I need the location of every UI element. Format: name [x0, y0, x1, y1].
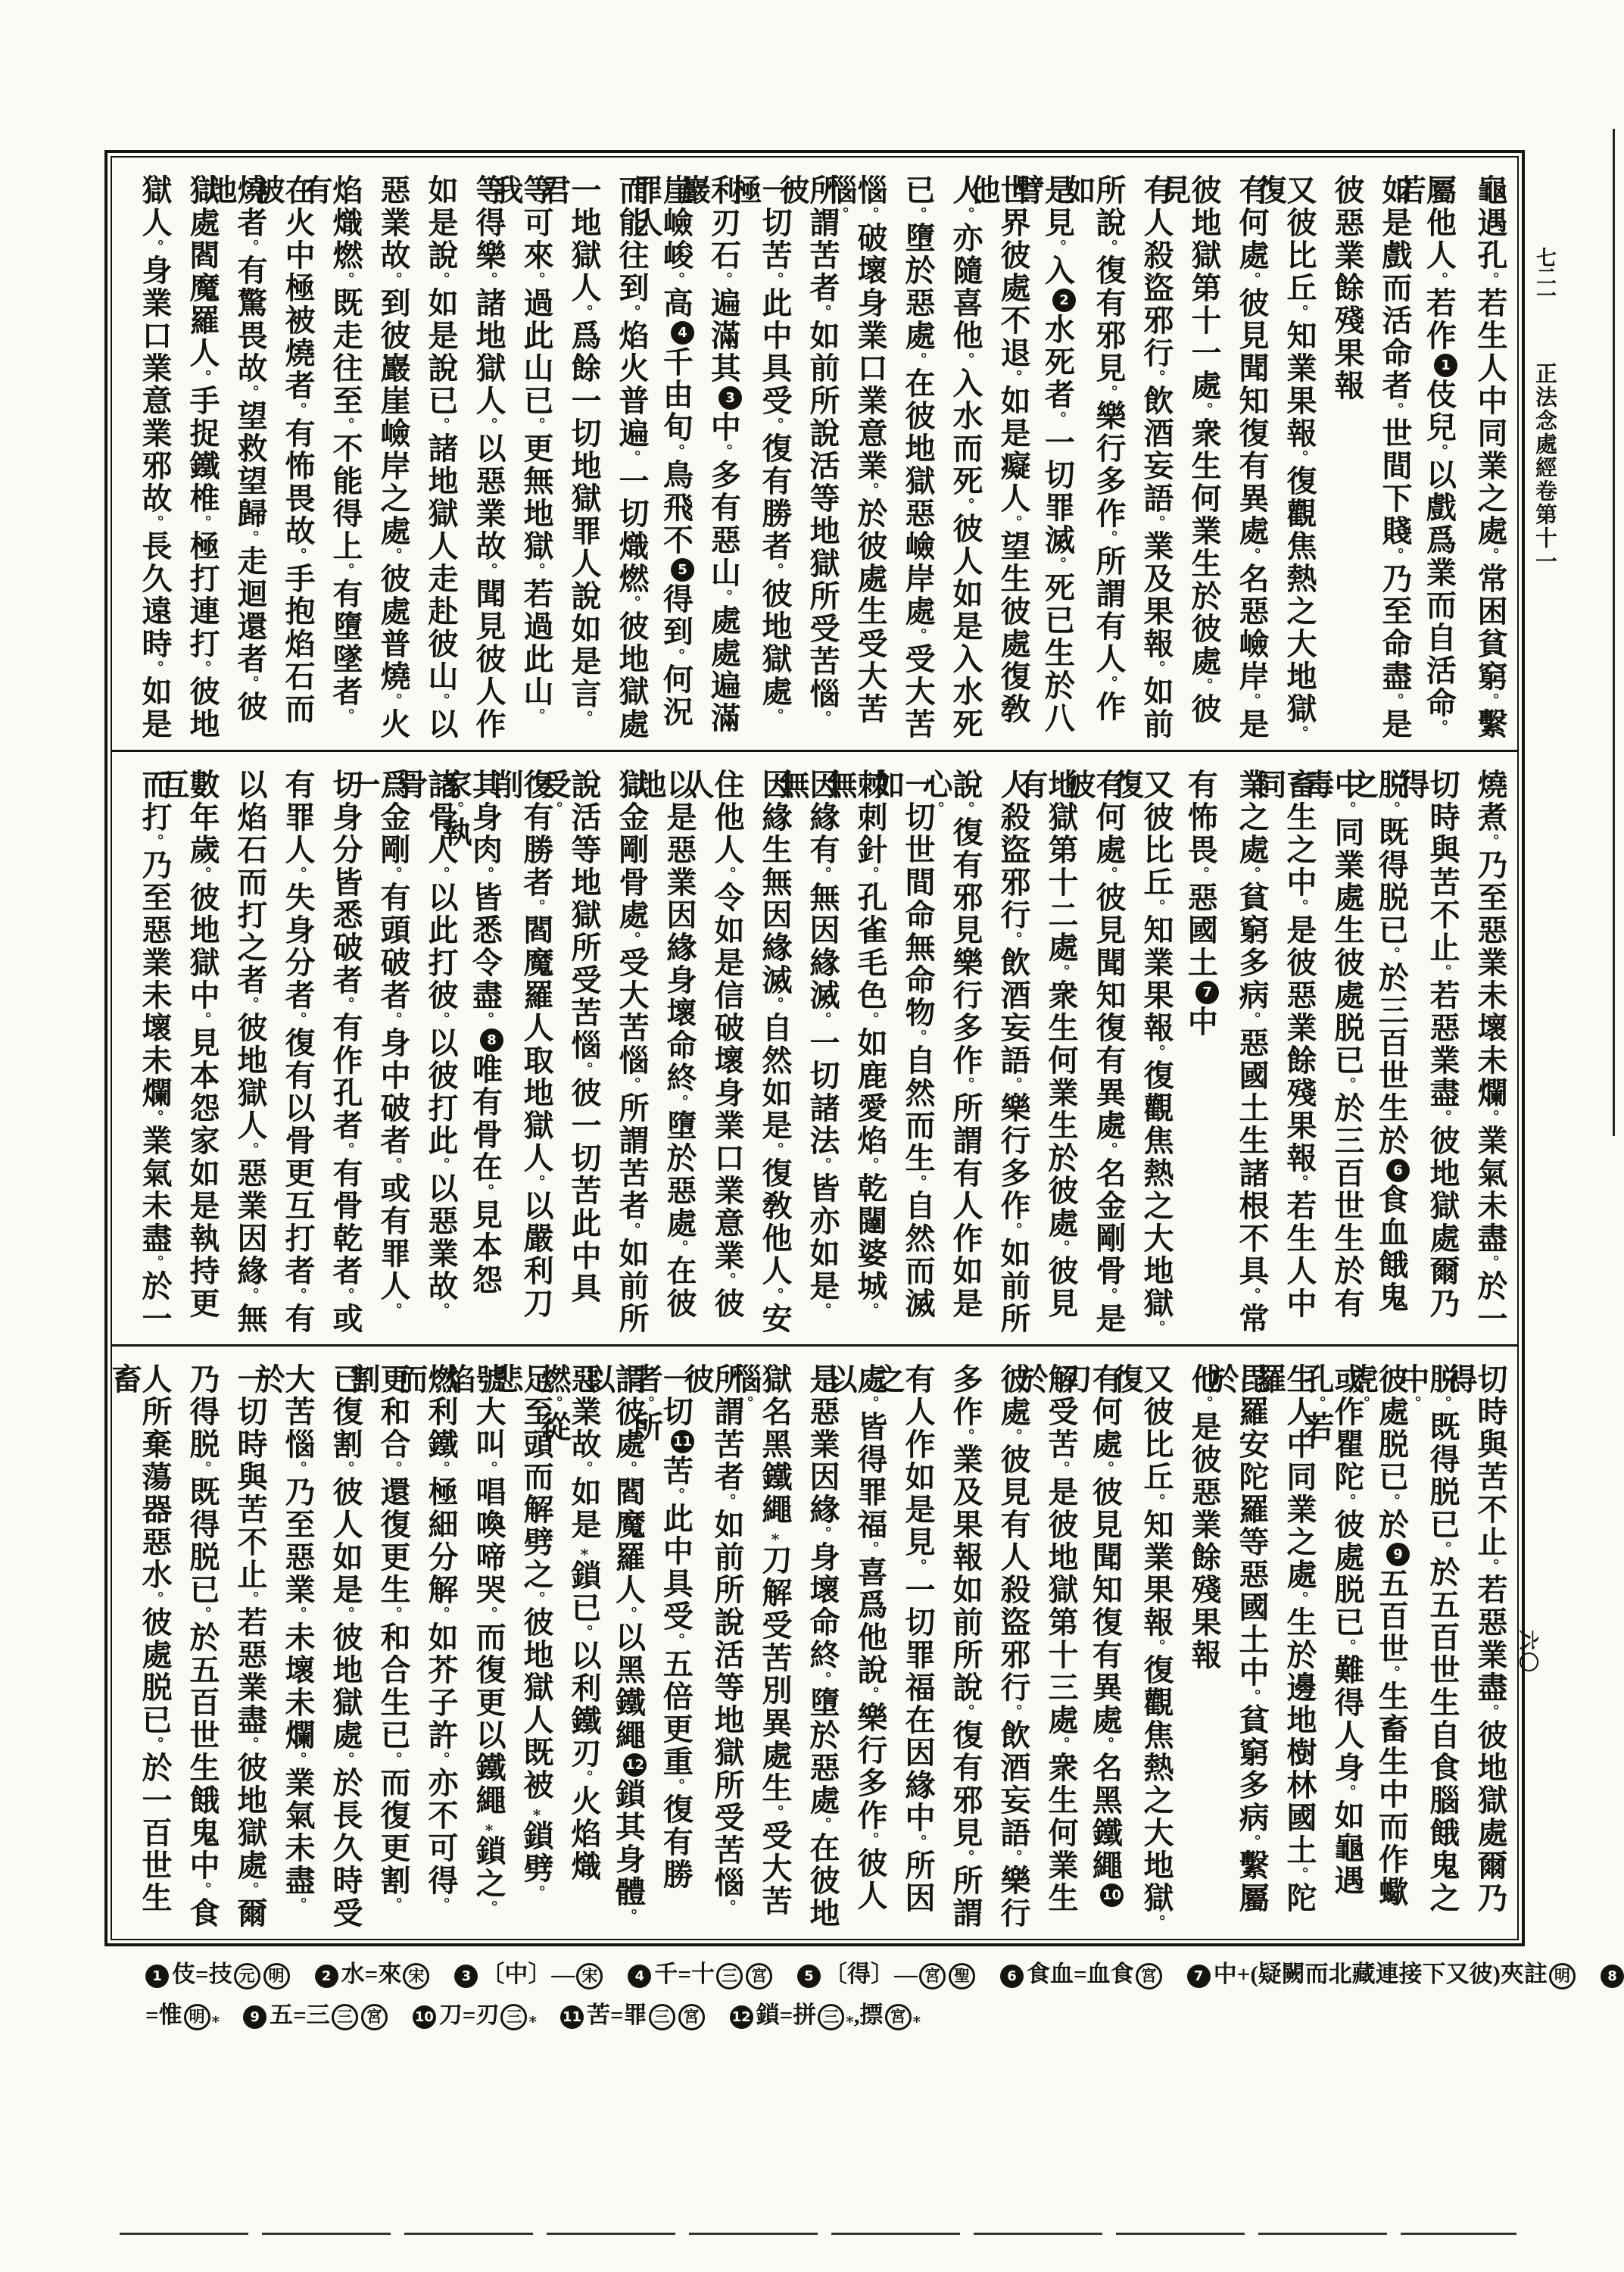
ideographic-period: 。 [1100, 385, 1117, 400]
ideographic-period: 。 [1100, 1287, 1117, 1303]
ideographic-period: 。 [575, 1770, 592, 1785]
ideographic-period: 。 [480, 272, 497, 287]
ideographic-period: 。 [337, 1287, 354, 1303]
text-column: 地獄第十二處。衆生何業生於彼處。彼見有 [1028, 769, 1076, 1335]
ideographic-period: 。 [337, 272, 354, 287]
ideographic-period: 。 [814, 866, 831, 882]
footnote-marker: 5 [797, 1965, 821, 1988]
text-column: 大苦惱。乃至惡業。未壞未爛。業氣未盡。於 [265, 1363, 313, 1930]
ideographic-period: 。 [909, 352, 926, 367]
text-column: 切身分皆悉破者。有作孔者。有骨乾者。或 [313, 769, 360, 1335]
edition-siglum: 三 [500, 2004, 527, 2030]
ideographic-period: 。 [1291, 899, 1308, 914]
ideographic-period: 。 [385, 1606, 401, 1621]
footnote-marker: 11 [671, 1430, 694, 1453]
ideographic-period: 。 [480, 563, 497, 578]
text-column: 以是惡業因緣身壞命終。墮於惡處。在彼地 [647, 769, 694, 1335]
ideographic-period: 。 [1148, 515, 1164, 530]
text-column: 世界彼處不退。如是癡人。望生彼處復敎他 [980, 174, 1028, 741]
ideographic-period: 。 [718, 1493, 735, 1509]
ideographic-period: 。 [194, 1012, 210, 1027]
text-column: 而能往到。焰火普遍。一切熾燃。彼地獄處 [599, 174, 647, 741]
ideographic-period: 。 [1005, 1849, 1021, 1865]
ideographic-period: 。 [528, 1175, 544, 1190]
text-column: 燒煮。乃至惡業未壞未爛。業氣未盡。於一 [1457, 769, 1505, 1335]
footnote-marker: 10 [1100, 1883, 1124, 1907]
ideographic-period: 。 [814, 710, 831, 726]
ideographic-period: 。 [862, 1157, 878, 1172]
ideographic-period: 。 [1195, 1396, 1212, 1411]
ideographic-period: 。 [619, 1908, 636, 1924]
ideographic-period: 。 [1005, 1704, 1021, 1719]
ideographic-period: 。 [1291, 450, 1308, 465]
collation-star-mark: ⁎ [846, 2010, 853, 2027]
ideographic-period: 。 [385, 1461, 401, 1476]
footnote-marker: 8 [1601, 1965, 1624, 1988]
ideographic-period: 。 [1052, 1461, 1069, 1476]
text-column: 一切11苦。此中具受。五倍更重。復有勝者。所 [647, 1363, 694, 1930]
ideographic-period: 。 [1243, 693, 1260, 708]
ideographic-period: 。 [1291, 726, 1308, 741]
ideographic-period: 。 [671, 1240, 687, 1255]
text-column: 是惡業因緣。身壞命終。墮於惡處。在彼地 [790, 1363, 837, 1930]
ideographic-period: 。 [667, 1487, 684, 1503]
ideographic-period: 。 [1482, 693, 1498, 708]
ideographic-period: 。 [194, 1606, 210, 1621]
ideographic-period: 。 [1243, 272, 1260, 287]
ideographic-period: 。 [1434, 1109, 1451, 1125]
ideographic-period: 。 [289, 1752, 306, 1767]
edition-siglum: 元 [234, 1963, 260, 1990]
ideographic-period: 。 [146, 1109, 163, 1125]
ideographic-period: 。 [432, 417, 449, 432]
ideographic-period: 。 [957, 801, 974, 816]
ideographic-period: 。 [194, 1882, 210, 1897]
text-column: 已復割。彼人如是。彼地獄處。於長久時受 [313, 1363, 360, 1930]
collation-footnotes: 1伎=技元明 2水=來宋 3〔中〕—宋 4千=十三宮 5〔得〕—宮聖 6食血=血… [145, 1954, 1531, 2036]
ideographic-period: 。 [194, 866, 210, 882]
footnote-marker: 7 [1187, 1965, 1211, 1988]
ideographic-period: 。 [1434, 1541, 1451, 1556]
ideographic-period: 。 [814, 1817, 831, 1832]
text-column: 解受苦。是彼地獄第十三處。衆生何業生於 [1028, 1363, 1076, 1930]
footnote-marker: 5 [671, 558, 694, 582]
footnote-marker: 12 [730, 2005, 753, 2029]
text-column: 其身肉。皆悉令盡。8唯有骨在。見本怨家。執 [456, 769, 503, 1335]
ideographic-period: 。 [1148, 660, 1164, 676]
edition-siglum: 三 [649, 2004, 675, 2030]
ideographic-period: 。 [242, 1142, 258, 1157]
ideographic-period: 。 [337, 997, 354, 1012]
ideographic-period: 。 [909, 1559, 926, 1574]
ideographic-period: 。 [1243, 548, 1260, 563]
text-column: 惡業故。如是⁎鎖已。以利鐵刃。火焰熾燃。從 [551, 1363, 599, 1930]
ideographic-period: 。 [1382, 1493, 1399, 1509]
ideographic-period: 。 [289, 866, 306, 882]
ideographic-period: 。 [862, 1396, 878, 1411]
text-column: 而打。乃至惡業未壞未爛。業氣未盡。於一 [122, 769, 170, 1335]
ideographic-period: 。 [1339, 801, 1355, 816]
ideographic-period: 。 [385, 1897, 401, 1912]
ideographic-period: 。 [1005, 370, 1021, 385]
ideographic-period: 。 [862, 1687, 878, 1702]
ideographic-period: 。 [1482, 548, 1498, 563]
ideographic-period: 。 [1148, 370, 1164, 385]
footnote-marker: 3 [454, 1965, 478, 1988]
ideographic-period: 。 [528, 563, 544, 578]
ideographic-period: 。 [432, 1606, 449, 1621]
text-column: 彼處。彼見有人殺盜邪行。飲酒妄語。樂行 [980, 1363, 1028, 1930]
collation-star-mark: ⁎ [766, 1526, 783, 1544]
text-column: 獄名黑鐵繩⁎刀解受苦別異處生。受大苦惱。 [742, 1363, 790, 1930]
edition-siglum: 三 [716, 1963, 743, 1990]
ideographic-period: 。 [715, 272, 731, 287]
ideographic-period: 。 [480, 417, 497, 432]
ideographic-period: 。 [814, 1303, 831, 1318]
edition-siglum: 宮 [678, 2004, 705, 2030]
ideographic-period: 。 [909, 207, 926, 222]
scanned-sutra-page: { "page": { "sutra_number_label": "七二一",… [0, 0, 1624, 2272]
ideographic-period: 。 [1100, 676, 1117, 691]
ideographic-period: 。 [146, 834, 163, 849]
ideographic-period: 。 [146, 1591, 163, 1606]
ideographic-period: 。 [1005, 1077, 1021, 1092]
ideographic-period: 。 [637, 1396, 653, 1411]
ideographic-period: 。 [862, 1541, 878, 1556]
ideographic-period: 。 [927, 801, 943, 816]
text-column: 獄處閻魔羅人。手捉鐵椎。極打連打。彼地 [170, 174, 217, 741]
text-column: 如是說。如是說已。諸地獄人走赴彼山。以 [408, 174, 456, 741]
text-frame: 龜遇孔。若生人中同業之處。常困貧窮。繫屬他人。若作1伎兒。以戲爲業而自活命。若如… [104, 150, 1525, 1946]
ideographic-period: 。 [337, 1142, 354, 1157]
footnote-marker: 4 [671, 321, 694, 345]
ideographic-period: 。 [385, 1012, 401, 1027]
ideographic-period: 。 [1049, 239, 1065, 254]
ideographic-period: 。 [1291, 1175, 1308, 1190]
ideographic-period: 。 [1148, 1915, 1164, 1930]
footnote-marker: 3 [718, 386, 742, 410]
ideographic-period: 。 [385, 866, 401, 882]
ideographic-period: 。 [337, 417, 354, 432]
ideographic-period: 。 [432, 1157, 449, 1172]
ideographic-period: 。 [1291, 304, 1308, 320]
text-column: 利刃石。遍滿其3中。多有惡山。處處遍滿巖 [694, 174, 742, 741]
edition-siglum: 宮 [746, 1963, 772, 1990]
ideographic-period: 。 [242, 1591, 258, 1606]
edition-siglum: 聖 [949, 1963, 975, 1990]
ideographic-period: 。 [766, 1287, 783, 1303]
edition-siglum: 宋 [576, 1963, 603, 1990]
ideographic-period: 。 [146, 239, 163, 254]
text-column: 毘羅安陀羅等惡國土中。貧窮多病。繫屬於 [1219, 1363, 1267, 1930]
ideographic-period: 。 [446, 801, 463, 816]
ideographic-period: 。 [194, 1461, 210, 1476]
text-column: 脱。既得脱已。於三百世生於6食血餓鬼之 [1362, 769, 1410, 1335]
text-column: 惱。破壞身業口業意業。於彼處生受大苦惱。 [837, 174, 885, 741]
register-upper: 龜遇孔。若生人中同業之處。常困貧窮。繫屬他人。若作1伎兒。以戲爲業而自活命。若如… [112, 158, 1517, 750]
ideographic-period: 。 [1243, 1689, 1260, 1704]
ideographic-period: 。 [385, 1157, 401, 1172]
text-column: 數年歲。彼地獄中。見本怨家如是執持更互 [170, 769, 217, 1335]
text-column: 號大叫。唱喚啼哭。而復更以鐵繩⁎鎖之。焰 [456, 1363, 503, 1930]
ideographic-period: 。 [1382, 947, 1399, 962]
ideographic-period: 。 [432, 1897, 449, 1912]
text-column: 生人中同業之處。生於邊地樹林國土。陀羅 [1267, 1363, 1314, 1930]
text-column: 彼惡業餘殘果報 [1314, 174, 1362, 741]
ideographic-period: 。 [1148, 899, 1164, 914]
text-column: 以焰石而打之者。彼地獄人。惡業因緣。無 [217, 769, 265, 1335]
ideographic-period: 。 [1100, 530, 1117, 545]
scan-edge-artifact-right [1613, 129, 1615, 1136]
ideographic-period: 。 [957, 1704, 974, 1719]
text-column: 或作瞿陀。彼處脱已。難得人身。如龜遇孔。若 [1314, 1363, 1362, 1930]
ideographic-period: 。 [337, 1461, 354, 1476]
edition-siglum: 宮 [919, 1963, 946, 1990]
ideographic-period: 。 [528, 272, 544, 287]
text-column: 人所棄蕩器惡水。彼處脱已。於一百世生畜 [122, 1363, 170, 1930]
ideographic-period: 。 [1482, 272, 1498, 287]
footnote-marker: 4 [628, 1965, 651, 1988]
footnote-marker: 11 [560, 2005, 584, 2029]
text-column: 已。墮於惡處。在彼地獄惡嶮岸處。受大苦 [885, 174, 933, 741]
ideographic-period: 。 [242, 239, 258, 254]
ideographic-period: 。 [1052, 1240, 1069, 1255]
text-column: 說。復有邪見樂行多作。所謂有人作如是心。 [933, 769, 980, 1335]
ideographic-period: 。 [289, 1606, 306, 1621]
footnote-marker: 1 [1434, 354, 1457, 377]
ideographic-period: 。 [667, 648, 684, 663]
ideographic-period: 。 [1049, 411, 1065, 426]
ideographic-period: 。 [1482, 834, 1498, 849]
footnote-marker: 12 [623, 1753, 647, 1777]
text-column: 畜生之中。是彼惡業餘殘果報。若生人中同 [1267, 769, 1314, 1335]
ideographic-period: 。 [671, 1094, 687, 1109]
ideographic-period: 。 [814, 1012, 831, 1027]
ideographic-period: 。 [575, 1062, 592, 1077]
text-column: 有何處。彼見聞知復有異處。名惡嶮岸。是 [1219, 174, 1267, 741]
text-column: 謂彼處。閻魔羅人。以黑鐵繩12鎖其身體。以 [599, 1363, 647, 1930]
ideographic-period: 。 [957, 1077, 974, 1092]
ideographic-period: 。 [1243, 1834, 1260, 1849]
text-column: 一切時與苦不止。若惡業盡。彼地獄處。爾 [217, 1363, 265, 1930]
ideographic-period: 。 [289, 1897, 306, 1912]
footnote-line-2: =惟明⁎ 9五=三三宮 10刀=刃三⁎ 11苦=罪三宮 12鎖=拼三⁎,摽宮⁎ [145, 1995, 1531, 2036]
ideographic-period: 。 [862, 1012, 878, 1027]
ideographic-period: 。 [957, 352, 974, 367]
ideographic-period: 。 [242, 1287, 258, 1303]
ideographic-period: 。 [1005, 1222, 1021, 1237]
ideographic-period: 。 [1386, 402, 1403, 417]
text-column: 處。皆得罪福。喜爲他說。樂行多作。彼人以 [837, 1363, 885, 1930]
text-column: 足至頭而解劈之。彼地獄人既被⁎鎖劈。悲 [503, 1363, 551, 1930]
text-column: 有何處。彼見聞知復有異處。名金剛骨。是彼 [1076, 769, 1124, 1335]
collation-star-mark: ⁎ [528, 2010, 536, 2027]
ideographic-period: 。 [1195, 678, 1212, 693]
ideographic-period: 。 [667, 1778, 684, 1793]
ideographic-period: 。 [1052, 964, 1069, 979]
ideographic-period: 。 [862, 1303, 878, 1318]
ideographic-period: 。 [1382, 801, 1399, 816]
ideographic-period: 。 [1430, 444, 1447, 459]
ideographic-period: 。 [289, 1012, 306, 1027]
footnote-marker: 2 [315, 1965, 338, 1988]
text-column: 彼地獄第十一處。衆生何業生於彼處。彼見 [1171, 174, 1219, 741]
ideographic-period: 。 [528, 899, 544, 914]
ideographic-period: 。 [1482, 1704, 1498, 1719]
ideographic-period: 。 [766, 563, 783, 578]
edition-siglum: 宮 [885, 2004, 912, 2030]
ideographic-period: 。 [1005, 1428, 1021, 1443]
edition-siglum: 明 [263, 1963, 290, 1990]
text-column: 是見。入2水死者。一切罪滅。死已生於八臂 [1028, 174, 1076, 741]
ideographic-period: 。 [667, 272, 684, 287]
text-column: 獄金剛骨處。受大苦惱。所謂苦者。如前所 [599, 769, 647, 1335]
ideographic-period: 。 [1482, 1255, 1498, 1270]
ideographic-period: 。 [1482, 1109, 1498, 1125]
ideographic-period: 。 [480, 1606, 497, 1621]
ideographic-period: 。 [1192, 866, 1208, 882]
ideographic-period: 。 [289, 402, 306, 417]
footnote-marker: 9 [243, 2005, 267, 2029]
ideographic-period: 。 [575, 710, 592, 726]
ideographic-period: 。 [476, 1184, 493, 1199]
ideographic-period: 。 [545, 801, 562, 816]
footnote-marker: 6 [1386, 1159, 1410, 1182]
text-column: 所說。復有邪見。樂行多作。所謂有人。作如 [1076, 174, 1124, 741]
text-column: 一切苦。此中具受。復有勝者。彼地獄處。極 [742, 174, 790, 741]
text-column: 脱。既得脱已。於五百世生自食腦餓鬼之中。 [1410, 1363, 1457, 1930]
ideographic-period: 。 [1308, 1396, 1325, 1411]
ideographic-period: 。 [289, 1461, 306, 1476]
register-lower: 切時與苦不止。若惡業盡。彼地獄處爾乃得脱。既得脱已。於五百世生自食腦餓鬼之中。彼… [112, 1344, 1517, 1939]
ideographic-period: 。 [1100, 239, 1117, 254]
ideographic-period: 。 [385, 693, 401, 708]
margin-volume-title: 正法念處經卷第十一 [1529, 362, 1560, 573]
ideographic-period: 。 [146, 1737, 163, 1752]
ideographic-period: 。 [862, 866, 878, 882]
ideographic-period: 。 [1386, 548, 1403, 563]
footnote-marker: 6 [1000, 1965, 1024, 1988]
ideographic-period: 。 [146, 660, 163, 676]
edition-siglum: 宮 [1136, 1963, 1162, 1990]
ideographic-period: 。 [667, 1633, 684, 1648]
ideographic-period: 。 [146, 515, 163, 530]
text-column: 切時與苦不止。若惡業盡。彼地獄處爾乃得 [1457, 1363, 1505, 1930]
ideographic-period: 。 [242, 385, 258, 400]
ideographic-period: 。 [1096, 1461, 1113, 1476]
text-column: 業之處。貧窮多病。惡國土生諸根不具。常 [1219, 769, 1267, 1335]
ideographic-period: 。 [432, 1303, 449, 1318]
ideographic-period: 。 [1243, 1287, 1260, 1303]
ideographic-period: 。 [1148, 1320, 1164, 1335]
ideographic-period: 。 [194, 370, 210, 385]
ideographic-period: 。 [528, 1885, 544, 1900]
footnote-marker: 10 [413, 2005, 436, 2029]
ideographic-period: 。 [1482, 1559, 1498, 1574]
text-column: 復有勝者。閻魔羅人取地獄人。以嚴利刀削 [503, 769, 551, 1335]
ideographic-period: 。 [1005, 515, 1021, 530]
ideographic-period: 。 [1100, 866, 1117, 882]
ideographic-period: 。 [1352, 1396, 1369, 1411]
ideographic-period: 。 [1339, 1077, 1355, 1092]
ideographic-period: 。 [432, 1012, 449, 1027]
edition-siglum: 明 [184, 2004, 210, 2030]
ideographic-period: 。 [814, 304, 831, 320]
ideographic-period: 。 [432, 866, 449, 882]
ideographic-period: 。 [957, 498, 974, 513]
ideographic-period: 。 [957, 1849, 974, 1865]
ideographic-period: 。 [1430, 719, 1447, 735]
text-column: 崖嶮峻。高4千由旬。鳥飛不5得到。何況罪人 [647, 174, 694, 741]
collation-star-mark: ⁎ [575, 1541, 592, 1559]
text-column: 人。亦隨喜他。入水而死。彼人如是入水死 [933, 174, 980, 741]
text-column: 等得樂。諸地獄人。以惡業故。聞見彼人作 [456, 174, 503, 741]
text-column: 爲金剛。有頭破者。身中破者。或有罪人。一 [360, 769, 408, 1335]
ideographic-period: 。 [480, 1900, 497, 1915]
scan-edge-artifact-bottom [120, 2233, 1516, 2235]
ideographic-period: 。 [736, 1396, 753, 1411]
collation-star-mark: ⁎ [480, 1817, 497, 1835]
ideographic-period: 。 [289, 548, 306, 563]
collation-star-mark: ⁎ [212, 2010, 220, 2027]
text-column: 屬他人。若作1伎兒。以戲爲業而自活命。若 [1410, 174, 1457, 741]
ideographic-period: 。 [1430, 272, 1447, 287]
text-column: 有罪人。失身分者。復有以骨更互打者。有 [265, 769, 313, 1335]
ideographic-period: 。 [1049, 557, 1065, 572]
text-column: 在火中極被燒者。有怖畏故。手抱焰石而被 [265, 174, 313, 741]
ideographic-period: 。 [623, 932, 640, 947]
ideographic-period: 。 [862, 482, 878, 498]
edition-siglum: 三 [818, 2004, 844, 2030]
ideographic-period: 。 [385, 272, 401, 287]
ideographic-period: 。 [432, 1752, 449, 1767]
footnote-line-1: 1伎=技元明 2水=來宋 3〔中〕—宋 4千=十三宮 5〔得〕—宮聖 6食血=血… [145, 1954, 1531, 1995]
margin-sutra-number: 七二一 [1530, 247, 1560, 304]
ideographic-period: 。 [1052, 1737, 1069, 1752]
text-column: 燒者。有驚畏故。望救望歸。走迴還者。彼地 [217, 174, 265, 741]
text-column: 又彼比丘。知業果報。復觀焦熱之大地獄。復 [1124, 769, 1171, 1335]
ideographic-period: 。 [957, 1428, 974, 1443]
ideographic-period: 。 [1148, 1639, 1164, 1654]
text-column: 棘刺針。孔雀毛色。如鹿愛焰。乾闥婆城。無 [837, 769, 885, 1335]
ideographic-period: 。 [528, 1591, 544, 1606]
collation-star-mark: ⁎ [528, 1802, 544, 1820]
ideographic-period: 。 [718, 866, 735, 882]
ideographic-period: 。 [909, 1834, 926, 1849]
ideographic-period: 。 [432, 272, 449, 287]
ideographic-period: 。 [385, 1303, 401, 1318]
text-column: 焰熾燃。既走往至。不能得上。有墮墜者。有 [313, 174, 360, 741]
text-column: 中。同業處生彼處脱已。於三百世生於有毒 [1314, 769, 1362, 1335]
margin-page-number: 六〇 [1514, 1630, 1545, 1674]
text-column: 人殺盜邪行。飲酒妄語。樂行多作。如前所 [980, 769, 1028, 1335]
ideographic-period: 。 [957, 207, 974, 222]
ideographic-period: 。 [909, 628, 926, 643]
ideographic-period: 。 [242, 997, 258, 1012]
edition-siglum: 明 [1549, 1963, 1576, 1990]
ideographic-period: 。 [623, 1077, 640, 1092]
ideographic-period: 。 [146, 1255, 163, 1270]
ideographic-period: 。 [480, 1461, 497, 1476]
ideographic-period: 。 [862, 207, 878, 222]
text-column: 所謂苦者。如前所說活等地獄所受苦惱。彼 [790, 174, 837, 741]
ideographic-period: 。 [766, 417, 783, 432]
ideographic-period: 。 [194, 660, 210, 676]
ideographic-period: 。 [715, 589, 731, 604]
ideographic-period: 。 [623, 304, 640, 320]
footnote-marker: 1 [145, 1965, 169, 1988]
text-column: 有怖畏。惡國土7中 [1171, 769, 1219, 1335]
